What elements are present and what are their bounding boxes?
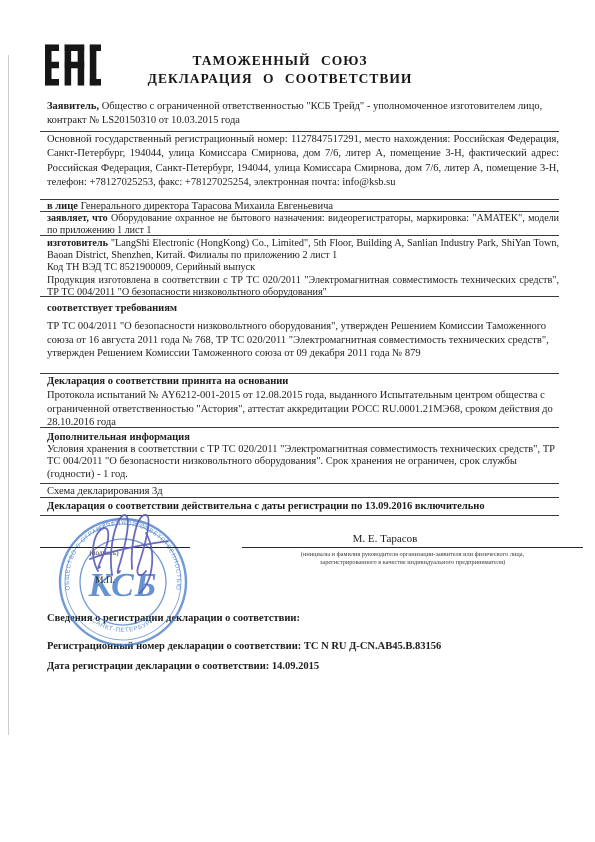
name-caption-line-2: зарегистрированного в качестве индивидуа… [242, 559, 583, 567]
production-regulations-line: Продукция изготовлена в соответствии с Т… [47, 275, 559, 299]
signature-autograph-icon [76, 505, 181, 600]
document-title: ТАМОЖЕННЫЙ СОЮЗ ДЕКЛАРАЦИЯ О СООТВЕТСТВИ… [40, 52, 520, 87]
registration-date-line: Дата регистрации декларации о соответств… [47, 660, 559, 674]
signature-strokes [90, 515, 168, 593]
in-person-text: Генерального директора Тарасова Михаила … [78, 201, 333, 212]
section-divider [40, 483, 559, 484]
in-person-section: в лице Генерального директора Тарасова М… [47, 200, 559, 214]
in-person-label: в лице [47, 201, 78, 212]
declares-label: заявляет, что [47, 213, 108, 224]
name-underline [242, 547, 583, 548]
manufacturer-text: "LangShi Electronic (HongKong) Co., Limi… [47, 238, 559, 261]
title-line-1: ТАМОЖЕННЫЙ СОЮЗ [40, 52, 520, 70]
registration-number-value: ТС N RU Д-CN.АВ45.В.83156 [301, 641, 441, 652]
manufacturer-section: изготовитель "LangShi Electronic (HongKo… [47, 238, 559, 299]
applicant-text: Общество с ограниченной ответственностью… [47, 101, 542, 126]
scan-edge-artifact [8, 55, 9, 735]
requirements-heading: соответствует требованиям [47, 302, 559, 316]
requirements-text: ТР ТС 004/2011 "О безопасности низковоль… [47, 320, 559, 361]
declaration-document-page: ТАМОЖЕННЫЙ СОЮЗ ДЕКЛАРАЦИЯ О СООТВЕТСТВИ… [0, 0, 595, 842]
declares-section: заявляет, что Оборудование охранное не б… [47, 213, 559, 236]
manufacturer-label: изготовитель [47, 238, 108, 249]
applicant-section: Заявитель, Общество с ограниченной ответ… [47, 100, 559, 127]
name-caption-line-1: (инициалы и фамилия руководителя организ… [242, 551, 583, 559]
basis-text: Протокола испытаний № AY6212-001-2015 от… [47, 389, 559, 430]
tnved-code-line: Код ТН ВЭД ТС 8521900009, Серийный выпус… [47, 262, 559, 274]
title-line-2: ДЕКЛАРАЦИЯ О СООТВЕТСТВИИ [40, 70, 520, 88]
manufacturer-line: изготовитель "LangShi Electronic (HongKo… [47, 238, 559, 262]
name-caption: (инициалы и фамилия руководителя организ… [242, 551, 583, 567]
applicant-label: Заявитель, [47, 101, 99, 112]
ogrn-address-section: Основной государственный регистрационный… [47, 133, 559, 191]
registration-date-value: 14.09.2015 [269, 661, 319, 672]
section-divider [40, 131, 559, 132]
additional-info-heading: Дополнительная информация [47, 431, 559, 445]
additional-info-text: Условия хранения в соответствии с ТР ТС … [47, 444, 559, 481]
registration-date-label: Дата регистрации декларации о соответств… [47, 661, 269, 672]
head-name: М. Е. Тарасов [295, 533, 475, 545]
section-divider [40, 373, 559, 374]
declares-text: Оборудование охранное не бытового назнач… [47, 213, 559, 236]
declaration-scheme-line: Схема декларирования 3д [47, 485, 559, 499]
basis-heading: Декларация о соответствии принята на осн… [47, 375, 559, 389]
